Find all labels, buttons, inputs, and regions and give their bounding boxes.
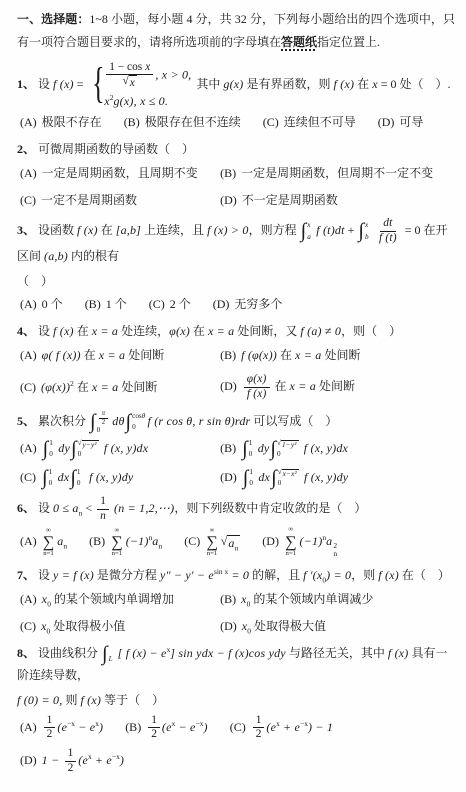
question-7: 7、设 y = f (x) 是微分方程 y″ − y′ − esin x = 0… [17,565,455,636]
question-stem: 1、设 f (x) = {1 − cos x√x, x > 0,x2g(x), … [17,61,455,109]
option-label: (A) [20,297,37,311]
option-A: (A)0 个 [20,295,63,314]
option-C: (C)12(ex + e−x) − 1 [230,714,333,742]
option-B: (B)∞∑n=1(−1)nan [89,528,162,558]
option-body: x0 处取得极小值 [41,619,125,633]
option-body: 0 个 [42,297,63,311]
options: (A)极限不存在(B)极限存在但不连续(C)连续但不可导(D)可导 [17,113,455,132]
option-body: 1 个 [106,297,127,311]
option-body: x0 的某个领域内单调增加 [42,592,174,606]
question-number: 2、 [17,142,35,156]
question-5: 5、累次积分 ∫π20dθ∫cosθ0f (r cos θ, r sin θ)r… [17,409,455,489]
option-B: (B)极限存在但不连续 [124,113,241,132]
option-body: 一定不是周期函数 [41,193,137,207]
option-A: (A)一定是周期函数，且周期不变 [20,164,220,183]
option-body: 一定是周期函数，但周期不一定不变 [241,166,433,180]
option-C: (C)2 个 [149,295,191,314]
question-list: 1、设 f (x) = {1 − cos x√x, x > 0,x2g(x), … [17,61,455,776]
option-body: 1 − 12(ex + e−x) [42,753,124,767]
option-A: (A)φ( f (x)) 在 x = a 处间断 [20,346,220,365]
option-D: (D)x0 处取得极大值 [220,617,455,636]
option-D: (D)不一定是周期函数 [220,191,455,210]
option-body: x0 处取得极大值 [242,619,326,633]
option-body: 12(ex + e−x) − 1 [251,720,333,734]
option-A: (A)极限不存在 [20,113,102,132]
options: (A)x0 的某个领域内单调增加(B)x0 的某个领域内单调减少(C)x0 处取… [17,590,455,636]
option-label: (D) [220,193,237,207]
option-body: ∞∑n=1√an [205,534,240,548]
question-stem-continued: （ ） [17,271,455,292]
options: (A)φ( f (x)) 在 x = a 处间断(B)f (φ(x)) 在 x … [17,346,455,402]
option-B: (B)∫10dy∫√1−y²0 f (x, y)dx [220,439,455,459]
question-stem: 2、可微周期函数的导函数（ ） [17,139,455,160]
option-label: (B) [220,166,236,180]
option-B: (B)x0 的某个领域内单调减少 [220,590,455,609]
exam-paper: 一、选择题：1~8 小题，每小题 4 分，共 32 分，下列每小题给出的四个选项… [0,0,466,792]
option-label: (A) [20,592,37,606]
option-label: (B) [125,720,141,734]
option-label: (B) [220,348,236,362]
option-D: (D)无穷多个 [213,295,283,314]
option-label: (A) [20,348,37,362]
question-number: 3、 [17,223,35,237]
option-label: (C) [230,720,246,734]
option-label: (D) [213,297,230,311]
option-body: f (φ(x)) 在 x = a 处间断 [241,348,360,362]
question-number: 5、 [17,414,35,428]
option-label: (C) [263,115,279,129]
option-label: (C) [20,380,36,394]
option-C: (C)x0 处取得极小值 [20,617,220,636]
option-label: (B) [89,534,105,548]
option-label: (B) [85,297,101,311]
option-body: φ(x)f (x) 在 x = a 处间断 [242,379,355,393]
option-body: (φ(x))2 在 x = a 处间断 [41,380,157,394]
option-body: 不一定是周期函数 [242,193,338,207]
option-label: (C) [149,297,165,311]
question-number: 8、 [17,646,35,660]
question-number: 7、 [17,568,35,582]
question-stem-continued: f (0) = 0, 则 f (x) 等于（ ） [17,690,455,711]
option-body: ∫10dy∫√y−y²0 f (x, y)dx [42,441,149,455]
option-label: (D) [262,534,279,548]
question-2: 2、可微周期函数的导函数（ ）(A)一定是周期函数，且周期不变(B)一定是周期函… [17,139,455,210]
option-label: (A) [20,166,37,180]
question-stem: 5、累次积分 ∫π20dθ∫cosθ0f (r cos θ, r sin θ)r… [17,409,455,436]
question-1: 1、设 f (x) = {1 − cos x√x, x > 0,x2g(x), … [17,61,455,132]
option-D: (D)∫10dx∫√x−x²0 f (x, y)dy [220,468,455,488]
option-label: (D) [20,753,37,767]
question-stem: 6、设 0 ≤ an < 1n (n = 1,2,⋯)，则下列级数中肯定收敛的是… [17,495,455,523]
option-B: (B)一定是周期函数，但周期不一定不变 [220,164,455,183]
option-C: (C)连续但不可导 [263,113,356,132]
question-stem: 4、设 f (x) 在 x = a 处连续，φ(x) 在 x = a 处间断，又… [17,321,455,342]
option-body: ∞∑n=1(−1)nan [110,534,162,548]
option-label: (D) [220,619,237,633]
option-body: 12(e−x − ex) [42,720,104,734]
option-label: (A) [20,115,37,129]
option-body: 一定是周期函数，且周期不变 [42,166,198,180]
question-stem: 8、设曲线积分 ∫ L[ f (x) − ex] sin ydx − f (x)… [17,643,455,685]
option-label: (C) [20,619,36,633]
option-body: ∞∑n=1(−1)na2n [284,534,337,548]
option-body: 2 个 [170,297,191,311]
option-body: x0 的某个领域内单调减少 [241,592,373,606]
option-label: (C) [20,193,36,207]
question-number: 1、 [17,77,35,91]
option-label: (C) [20,470,36,484]
option-label: (C) [184,534,200,548]
options: (A)0 个(B)1 个(C)2 个(D)无穷多个 [17,295,455,314]
section-header: 一、选择题：1~8 小题，每小题 4 分，共 32 分，下列每小题给出的四个选项… [17,8,455,55]
options: (A)一定是周期函数，且周期不变(B)一定是周期函数，但周期不一定不变(C)一定… [17,164,455,210]
option-label: (D) [220,470,237,484]
option-body: 极限不存在 [42,115,102,129]
options: (A)12(e−x − ex)(B)12(ex − e−x)(C)12(ex +… [17,714,455,776]
question-stem: 7、设 y = f (x) 是微分方程 y″ − y′ − esin x = 0… [17,565,455,586]
option-body: 无穷多个 [234,297,282,311]
option-B: (B)f (φ(x)) 在 x = a 处间断 [220,346,455,365]
option-label: (B) [220,592,236,606]
option-body: φ( f (x)) 在 x = a 处间断 [42,348,165,362]
option-B: (B)1 个 [85,295,127,314]
option-D: (D)φ(x)f (x) 在 x = a 处间断 [220,373,455,401]
option-C: (C)∞∑n=1√an [184,528,240,558]
option-C: (C)∫10dx∫10 f (x, y)dy [20,468,220,488]
options: (A)∫10dy∫√y−y²0 f (x, y)dx(B)∫10dy∫√1−y²… [17,439,455,488]
option-label: (D) [220,379,237,393]
option-label: (A) [20,441,37,455]
question-4: 4、设 f (x) 在 x = a 处连续，φ(x) 在 x = a 处间断，又… [17,321,455,402]
question-3: 3、设函数 f (x) 在 [a,b] 上连续，且 f (x) > 0，则方程 … [17,217,455,314]
option-A: (A)∞∑n=1an [20,528,67,558]
option-A: (A)x0 的某个领域内单调增加 [20,590,220,609]
option-body: ∞∑n=1an [42,534,67,548]
options: (A)∞∑n=1an(B)∞∑n=1(−1)nan(C)∞∑n=1√an(D)∞… [17,527,455,557]
option-body: ∫10dx∫10 f (x, y)dy [41,470,133,484]
option-D: (D)∞∑n=1(−1)na2n [262,527,337,557]
option-D: (D)可导 [378,113,424,132]
option-B: (B)12(ex − e−x) [125,714,208,742]
option-body: 极限存在但不连续 [145,115,241,129]
option-A: (A)12(e−x − ex) [20,714,103,742]
option-A: (A)∫10dy∫√y−y²0 f (x, y)dx [20,439,220,459]
option-body: 12(ex − e−x) [146,720,208,734]
question-stem: 3、设函数 f (x) 在 [a,b] 上连续，且 f (x) > 0，则方程 … [17,217,455,266]
question-8: 8、设曲线积分 ∫ L[ f (x) − ex] sin ydx − f (x)… [17,643,455,775]
option-body: 连续但不可导 [284,115,356,129]
option-label: (B) [124,115,140,129]
question-6: 6、设 0 ≤ an < 1n (n = 1,2,⋯)，则下列级数中肯定收敛的是… [17,495,455,558]
option-body: ∫10dy∫√1−y²0 f (x, y)dx [241,441,348,455]
option-C: (C)一定不是周期函数 [20,191,220,210]
option-body: 可导 [399,115,423,129]
option-label: (B) [220,441,236,455]
question-number: 4、 [17,324,35,338]
option-label: (D) [378,115,395,129]
question-number: 6、 [17,501,35,515]
option-body: ∫10dx∫√x−x²0 f (x, y)dy [242,470,349,484]
option-label: (A) [20,720,37,734]
option-C: (C)(φ(x))2 在 x = a 处间断 [20,378,220,397]
option-label: (A) [20,534,37,548]
option-D: (D)1 − 12(ex + e−x) [20,747,124,775]
